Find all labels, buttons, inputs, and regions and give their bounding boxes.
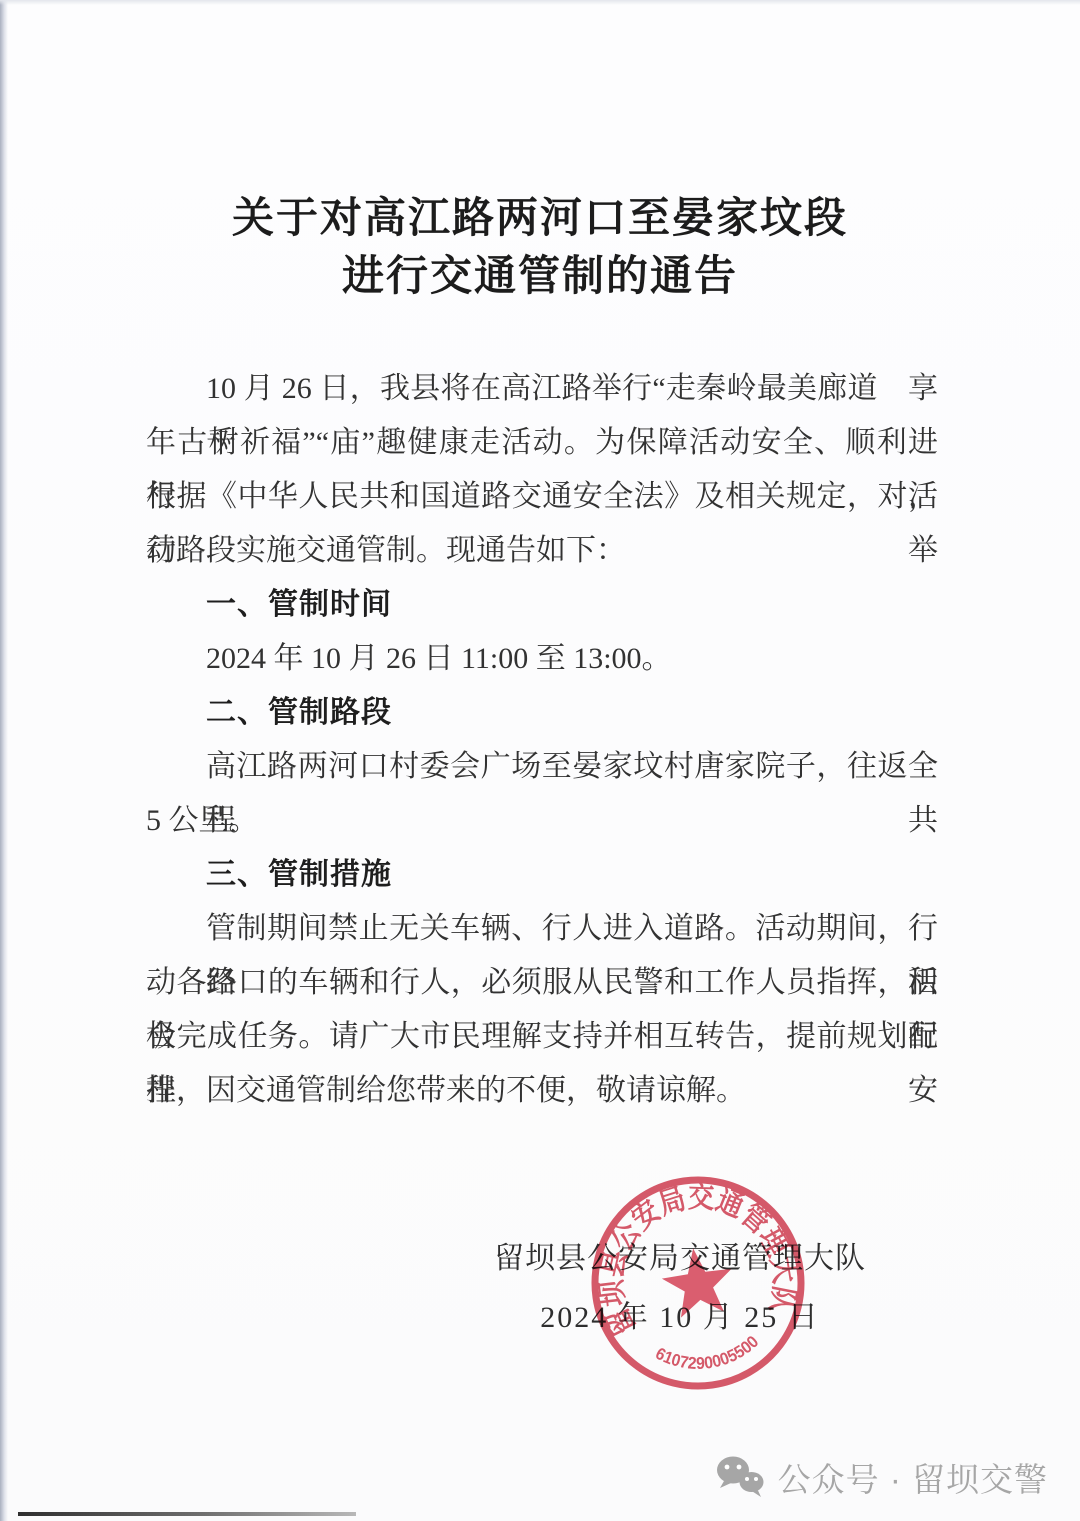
notice-title-line1: 关于对高江路两河口至晏家坟段 <box>0 190 1080 248</box>
wechat-footer: 公众号 · 留坝交警 <box>714 1455 1048 1499</box>
body-line: 高江路两河口村委会广场至晏家坟村唐家院子，往返全程共 <box>146 740 938 794</box>
body-line: 合完成任务。请广大市民理解支持并相互转告，提前规划行程安 <box>146 1010 938 1064</box>
signature-block: 留坝县公安局交通管理大队 2024 年 10 月 25 日 <box>480 1242 880 1335</box>
scan-top-edge <box>0 0 1080 5</box>
body-line: 动各路口的车辆和行人，必须服从民警和工作人员指挥，积极配 <box>146 956 938 1010</box>
body-line: 2024 年 10 月 26 日 11:00 至 13:00。 <box>146 632 938 686</box>
body-line: 根据《中华人民共和国道路交通安全法》及相关规定，对活动举 <box>146 470 938 524</box>
body-line: 年古树祈福”“庙”趣健康走活动。为保障活动安全、顺利进行， <box>146 416 938 470</box>
section-heading-control-time: 一、管制时间 <box>146 578 938 632</box>
footer-label: 公众号 · 留坝交警 <box>778 1454 1048 1501</box>
section-heading-control-measures: 三、管制措施 <box>146 848 938 902</box>
notice-body: 10 月 26 日，我县将在高江路举行“走秦岭最美廊道 享千 年古树祈福”“庙”… <box>146 362 938 1118</box>
seal-number: 6107290005500 <box>650 1330 765 1380</box>
scanned-notice-page: 关于对高江路两河口至晏家坟段 进行交通管制的通告 10 月 26 日，我县将在高… <box>0 0 1080 1521</box>
section-heading-control-section: 二、管制路段 <box>146 686 938 740</box>
body-line: 10 月 26 日，我县将在高江路举行“走秦岭最美廊道 享千 <box>146 362 938 416</box>
notice-title: 关于对高江路两河口至晏家坟段 进行交通管制的通告 <box>0 190 1080 306</box>
svg-text:6107290005500: 6107290005500 <box>650 1330 765 1380</box>
issuing-agency: 留坝县公安局交通管理大队 <box>480 1242 880 1276</box>
scan-artifact-line <box>18 1512 356 1516</box>
issue-date: 2024 年 10 月 25 日 <box>480 1301 880 1335</box>
body-line: 管制期间禁止无关车辆、行人进入道路。活动期间，行经活 <box>146 902 938 956</box>
notice-title-line2: 进行交通管制的通告 <box>0 248 1080 306</box>
wechat-icon <box>714 1455 766 1499</box>
